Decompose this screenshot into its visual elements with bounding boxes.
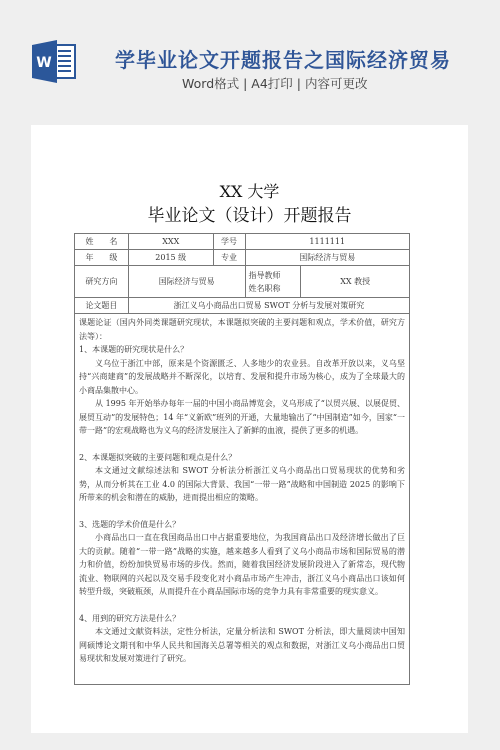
argument-heading: 课题论证（国内外同类课题研究现状，本课题拟突破的主要问题和观点，学术价值，研究方…: [79, 316, 405, 343]
thesis-title-label: 论文题目: [75, 298, 129, 314]
advisor-label: 指导教师 姓名职称: [245, 266, 301, 298]
section-question: 2、本课题拟突破的主要问题和观点是什么？: [79, 451, 405, 465]
section-paragraph: 小商品出口一直在我国商品出口中占据重要地位，为我国商品出口及经济增长做出了巨大的…: [79, 531, 405, 599]
svg-text:W: W: [36, 55, 51, 71]
table-row: 姓 名 XXX 学号 1111111: [75, 234, 410, 250]
thesis-title-value: 浙江义乌小商品出口贸易 SWOT 分析与发展对策研究: [128, 298, 409, 314]
direction-value: 国际经济与贸易: [128, 266, 245, 298]
section-paragraph: 本文通过文献综述法和 SWOT 分析法分析浙江义乌小商品出口贸易现状的优势和劣势…: [79, 464, 405, 505]
direction-label: 研究方向: [75, 266, 129, 298]
major-value: 国际经济与贸易: [245, 250, 410, 266]
name-label: 姓 名: [75, 234, 129, 250]
section-paragraph: 义乌位于浙江中部，原来是个资源匮乏、人多地少的农业县。自改革开放以来，义乌坚持“…: [79, 357, 405, 398]
argument-cell: 课题论证（国内外同类课题研究现状，本课题拟突破的主要问题和观点，学术价值，研究方…: [75, 314, 410, 685]
section-paragraph: 本文通过文献资料法，定性分析法，定量分析法和 SWOT 分析法，即大量阅读中国知…: [79, 625, 405, 666]
report-title: 毕业论文（设计）开题报告: [31, 201, 468, 226]
grade-label: 年 级: [75, 250, 129, 266]
proposal-form-table: 姓 名 XXX 学号 1111111 年 级 2015 级 专业 国际经济与贸易…: [74, 233, 410, 685]
section-question: 4、用到的研究方法是什么？: [79, 612, 405, 626]
table-row: 课题论证（国内外同类课题研究现状，本课题拟突破的主要问题和观点，学术价值，研究方…: [75, 314, 410, 685]
advisor-value: XX 教授: [301, 266, 410, 298]
word-doc-icon: W: [31, 40, 77, 83]
section-paragraph: 从 1995 年开始举办每年一届的中国小商品博览会，义乌形成了“以贸兴展、以展促…: [79, 397, 405, 438]
major-label: 专业: [213, 250, 245, 266]
banner: W 学毕业论文开题报告之国际经济贸易 Word格式 | A4打印 | 内容可更改: [0, 0, 500, 110]
document-page: XX 大学 毕业论文（设计）开题报告 姓 名 XXX 学号 1111111 年 …: [31, 125, 468, 733]
student-id-label: 学号: [213, 234, 245, 250]
grade-value: 2015 级: [128, 250, 213, 266]
advisor-label-line1: 指导教师: [249, 269, 301, 282]
name-value: XXX: [128, 234, 213, 250]
table-row: 论文题目 浙江义乌小商品出口贸易 SWOT 分析与发展对策研究: [75, 298, 410, 314]
student-id-value: 1111111: [245, 234, 410, 250]
banner-subtitle: Word格式 | A4打印 | 内容可更改: [182, 74, 367, 92]
section-question: 3、选题的学术价值是什么？: [79, 518, 405, 532]
section-question: 1、本课题的研究现状是什么？: [79, 343, 405, 357]
university-name: XX 大学: [31, 179, 468, 202]
advisor-label-line2: 姓名职称: [249, 282, 301, 295]
table-row: 研究方向 国际经济与贸易 指导教师 姓名职称 XX 教授: [75, 266, 410, 298]
table-row: 年 级 2015 级 专业 国际经济与贸易: [75, 250, 410, 266]
banner-title: 学毕业论文开题报告之国际经济贸易: [115, 44, 445, 73]
